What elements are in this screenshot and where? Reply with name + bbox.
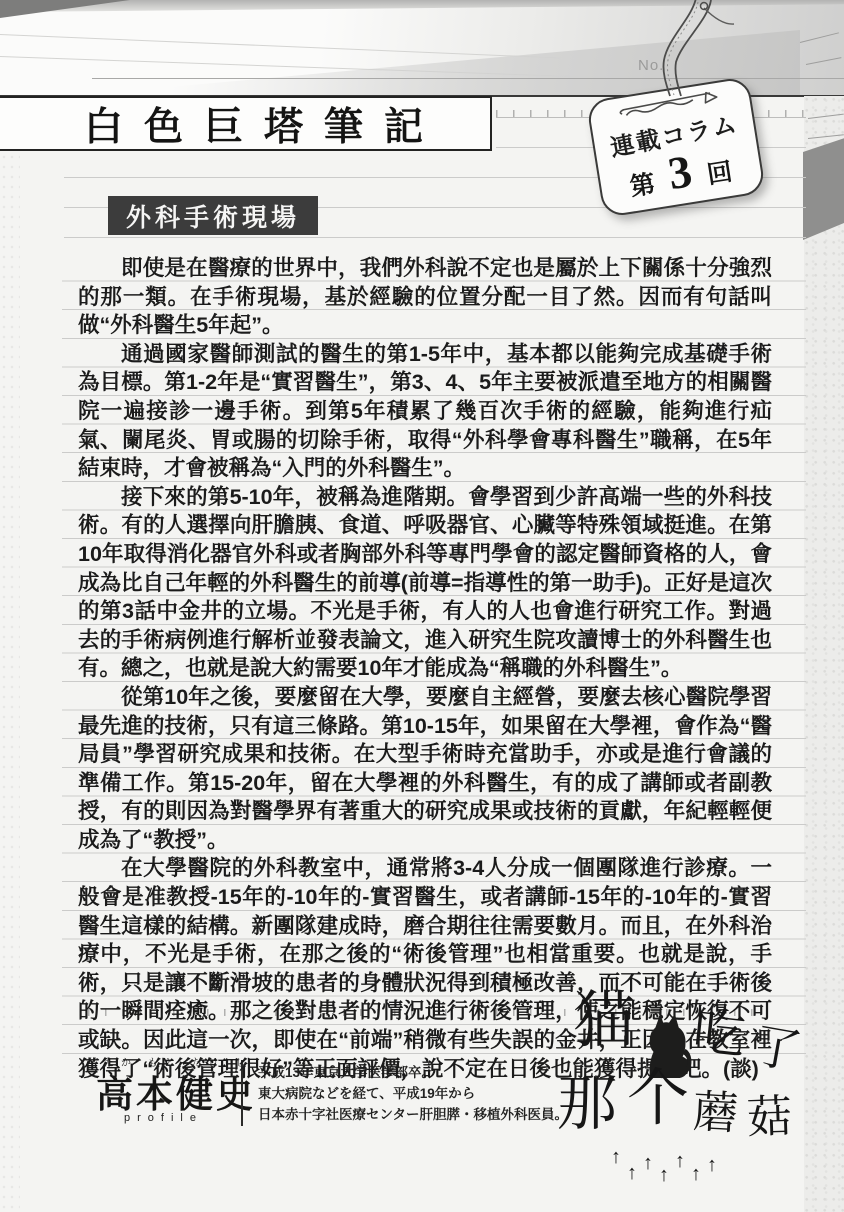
logo-char: 菇 — [746, 1093, 793, 1140]
hanging-string-icon — [608, 0, 778, 120]
paragraph: 通過國家醫師測試的醫生的第1-5年中，基本都以能夠完成基礎手術為目標。第1-2年… — [78, 340, 772, 483]
up-arrow-icon: ↑ — [659, 1164, 669, 1187]
up-arrow-icon: ↑ — [675, 1150, 685, 1173]
up-arrow-icon: ↑ — [643, 1152, 653, 1175]
paragraph: 接下來的第5-10年，被稱為進階期。會學習到少許高端一些的外科技術。有的人選擇向… — [78, 483, 772, 683]
bio-line: 東大病院などを経て、平成19年から — [258, 1083, 568, 1104]
scanlation-logo: 猫 吃 了 那 个 蘑 菇 ↑ ↑ ↑ ↑ ↑ ↑ ↑ — [545, 988, 825, 1198]
profile-label: profile — [124, 1112, 203, 1124]
up-arrow-icon: ↑ — [707, 1154, 717, 1177]
scanned-column-page: No. 白色巨塔筆記 連載コラム 第 3 回 外科手術現場 — [0, 0, 844, 1212]
column-title-box: 白色巨塔筆記 — [0, 96, 492, 151]
paragraph: 從第10年之後，要麼留在大學，要麼自主經營，要麼去核心醫院學習最先進的技術，只有… — [78, 683, 772, 855]
ruled-line — [64, 237, 806, 238]
tag-number-suffix: 回 — [704, 152, 734, 191]
logo-char: 猫 — [573, 990, 635, 1052]
bio-line: 日本赤十字社医療センター肝胆膵・移植外科医員。 — [258, 1104, 568, 1125]
paragraph: 即使是在醫療的世界中，我們外科說不定也是屬於上下關係十分強烈的那一類。在手術現場… — [78, 254, 772, 340]
column-title: 白色巨塔筆記 — [0, 96, 444, 152]
logo-char: 个 — [627, 1068, 689, 1130]
up-arrow-icon: ↑ — [627, 1162, 637, 1185]
logo-char: 那 — [557, 1074, 617, 1134]
left-paper-texture — [0, 152, 20, 1212]
tag-number-prefix: 第 — [627, 164, 657, 203]
up-arrow-icon: ↑ — [611, 1146, 621, 1169]
article-body: 即使是在醫療的世界中，我們外科說不定也是屬於上下關係十分強烈的那一類。在手術現場… — [78, 254, 772, 1083]
tag-number: 3 — [666, 151, 695, 194]
up-arrow-icon: ↑ — [691, 1163, 701, 1186]
section-heading: 外科手術現場 — [108, 196, 318, 235]
logo-arrows: ↑ ↑ ↑ ↑ ↑ ↑ ↑ — [611, 1146, 717, 1169]
logo-char: 了 — [749, 1022, 805, 1078]
logo-char: 吃 — [690, 1005, 747, 1062]
logo-char: 蘑 — [692, 1089, 739, 1136]
